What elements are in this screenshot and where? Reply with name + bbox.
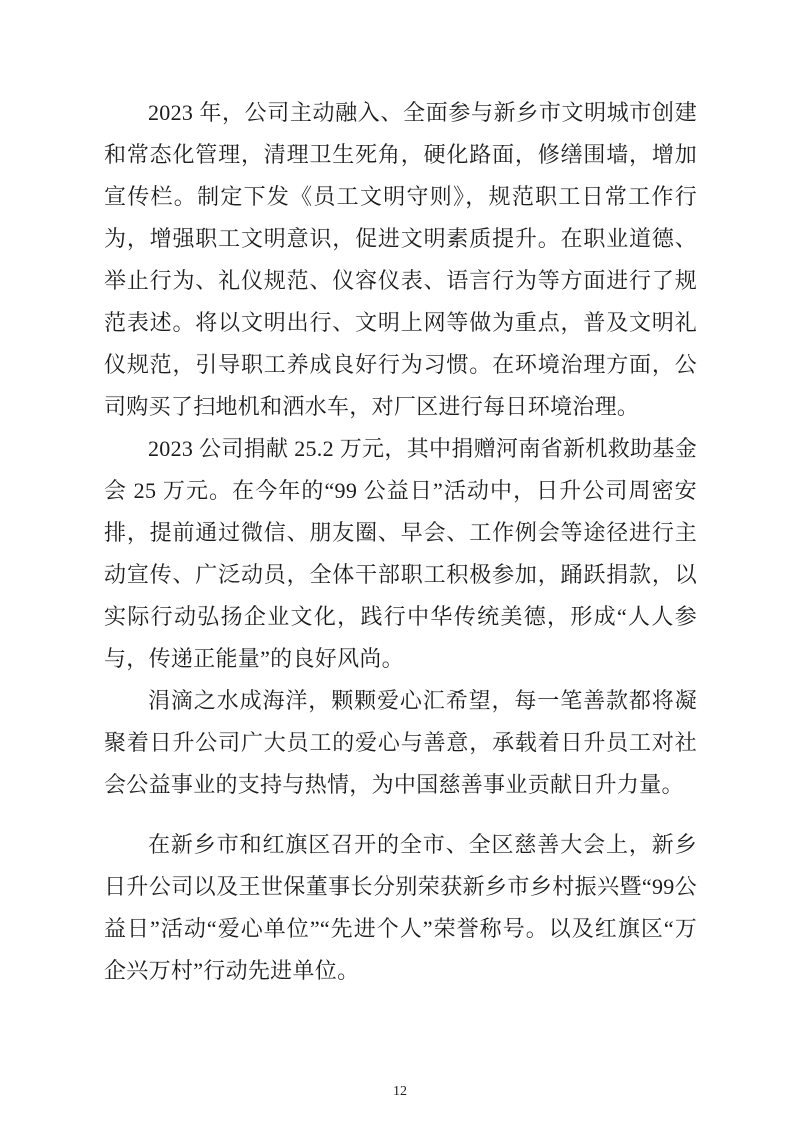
- paragraph-civility-campaign: 2023 年，公司主动融入、全面参与新乡市文明城市创建和常态化管理，清理卫生死角…: [104, 92, 697, 428]
- paragraph-donations: 2023 公司捐献 25.2 万元，其中捐赠河南省新机救助基金会 25 万元。在…: [104, 428, 697, 680]
- document-page: 2023 年，公司主动融入、全面参与新乡市文明城市创建和常态化管理，清理卫生死角…: [0, 0, 800, 1132]
- paragraph-charity-spirit: 涓滴之水成海洋，颗颗爱心汇希望，每一笔善款都将凝聚着日升公司广大员工的爱心与善意…: [104, 680, 697, 806]
- paragraph-honors: 在新乡市和红旗区召开的全市、全区慈善大会上，新乡日升公司以及王世保董事长分别荣获…: [104, 824, 697, 992]
- page-footer: 12: [0, 1082, 800, 1100]
- page-body-text: 2023 年，公司主动融入、全面参与新乡市文明城市创建和常态化管理，清理卫生死角…: [104, 92, 697, 992]
- page-number: 12: [393, 1084, 407, 1099]
